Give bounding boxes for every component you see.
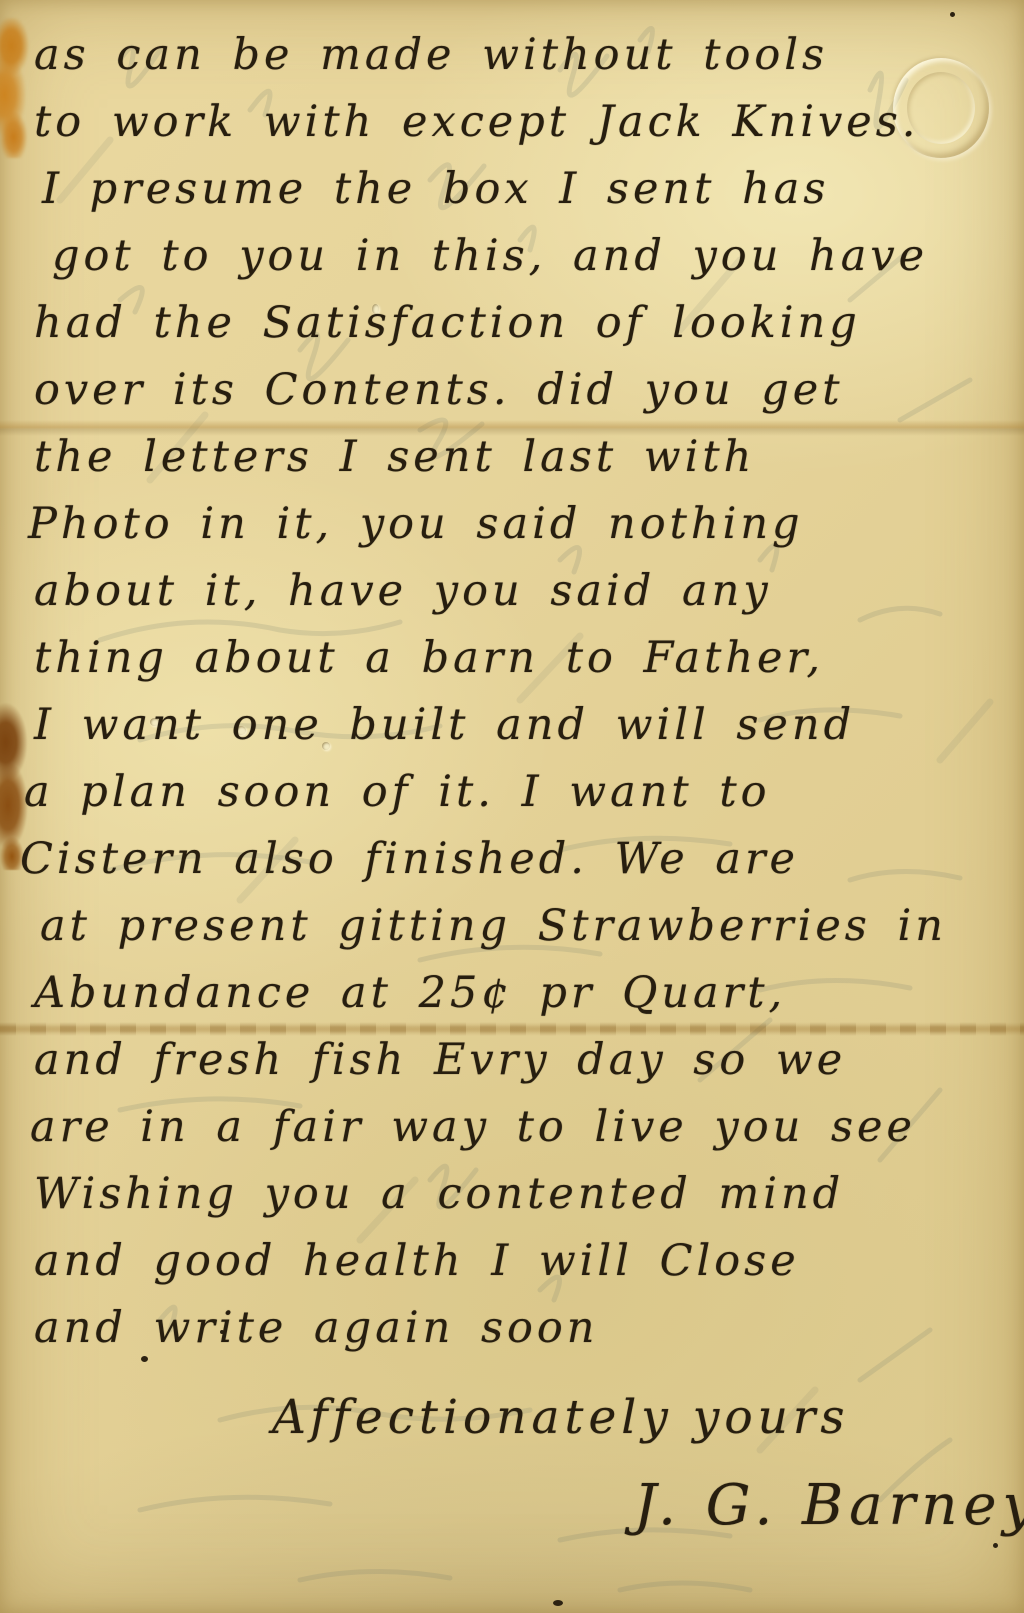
letter-line: and fresh fish Evry day so we xyxy=(34,1027,1002,1094)
ink-speck xyxy=(950,12,955,17)
ink-speck xyxy=(553,1600,563,1606)
letter-line: to work with except Jack Knives. xyxy=(34,89,1002,156)
letter-line: Photo in it, you said nothing xyxy=(28,491,1002,558)
letter-line: I presume the box I sent has xyxy=(42,156,1002,223)
letter-line: I want one built and will send xyxy=(34,692,1002,759)
letter-closing: Affectionately yours xyxy=(272,1380,1002,1456)
letter-page: as can be made without tools to work wit… xyxy=(0,0,1024,1613)
letter-line: at present gitting Strawberries in xyxy=(40,893,1002,960)
letter-line: as can be made without tools xyxy=(34,22,1002,89)
stain-top-left xyxy=(0,18,32,158)
letter-line: about it, have you said any xyxy=(34,558,1002,625)
letter-body: as can be made without tools to work wit… xyxy=(34,22,1002,1552)
letter-line: had the Satisfaction of looking xyxy=(34,290,1002,357)
letter-line: Abundance at 25¢ pr Quart, xyxy=(34,960,1002,1027)
signature: J. G. Barney xyxy=(634,1460,1002,1552)
letter-line: Wishing you a contented mind xyxy=(34,1161,1002,1228)
letter-line: are in a fair way to live you see xyxy=(30,1094,1002,1161)
letter-line: and good health I will Close xyxy=(34,1228,1002,1295)
letter-line: the letters I sent last with xyxy=(34,424,1002,491)
letter-line: and write again soon xyxy=(34,1295,1002,1362)
letter-line: thing about a barn to Father, xyxy=(34,625,1002,692)
letter-line: a plan soon of it. I want to xyxy=(24,759,1002,826)
letter-line: over its Contents. did you get xyxy=(34,357,1002,424)
letter-line: Cistern also finished. We are xyxy=(20,826,1002,893)
letter-line: got to you in this, and you have xyxy=(52,223,1002,290)
